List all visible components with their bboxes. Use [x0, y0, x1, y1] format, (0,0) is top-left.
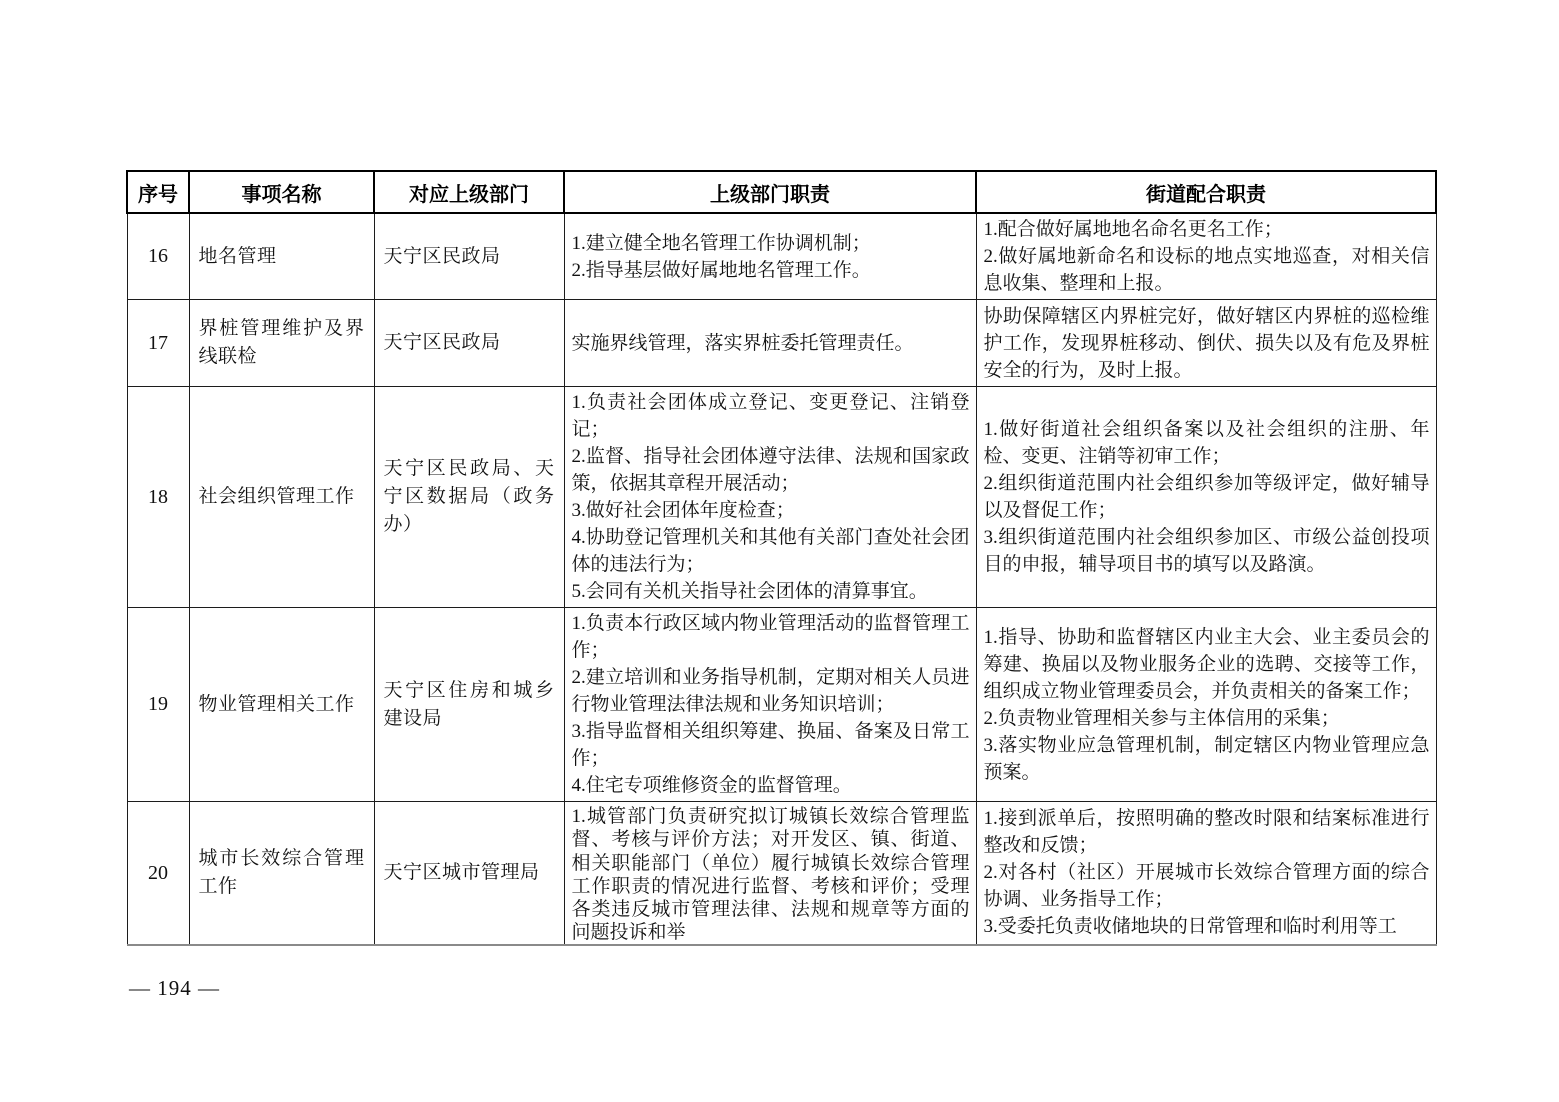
cell-street-duties: 协助保障辖区内界桩完好，做好辖区内界桩的巡检维护工作，发现界桩移动、倒伏、损失以… — [976, 300, 1436, 387]
cell-superior-duties: 1.城管部门负责研究拟订城镇长效综合管理监督、考核与评价方法；对开发区、镇、街道… — [564, 802, 976, 946]
header-serial: 序号 — [127, 171, 189, 213]
table-header-row: 序号 事项名称 对应上级部门 上级部门职责 街道配合职责 — [127, 171, 1436, 213]
cell-serial: 19 — [127, 608, 189, 802]
cell-street-duties: 1.做好街道社会组织备案以及社会组织的注册、年检、变更、注销等初审工作； 2.组… — [976, 387, 1436, 608]
cell-item-name: 地名管理 — [189, 213, 374, 300]
cell-superior-dept: 天宁区民政局 — [374, 213, 564, 300]
cell-street-duties: 1.配合做好属地地名命名更名工作； 2.做好属地新命名和设标的地点实地巡查，对相… — [976, 213, 1436, 300]
table-row-19: 19 物业管理相关工作 天宁区住房和城乡建设局 1.负责本行政区域内物业管理活动… — [127, 608, 1436, 802]
header-superior-dept: 对应上级部门 — [374, 171, 564, 213]
cell-street-duties: 1.接到派单后，按照明确的整改时限和结案标准进行整改和反馈； 2.对各村（社区）… — [976, 802, 1436, 946]
page-number: — 194 — — [129, 976, 220, 1001]
cell-serial: 17 — [127, 300, 189, 387]
cell-superior-duties: 实施界线管理，落实界桩委托管理责任。 — [564, 300, 976, 387]
cell-superior-dept: 天宁区民政局、天宁区数据局（政务办） — [374, 387, 564, 608]
cell-item-name: 物业管理相关工作 — [189, 608, 374, 802]
cell-serial: 16 — [127, 213, 189, 300]
cell-superior-duties: 1.负责本行政区域内物业管理活动的监督管理工作； 2.建立培训和业务指导机制，定… — [564, 608, 976, 802]
cell-superior-duties: 1.建立健全地名管理工作协调机制； 2.指导基层做好属地地名管理工作。 — [564, 213, 976, 300]
header-superior-duties: 上级部门职责 — [564, 171, 976, 213]
cell-superior-duties: 1.负责社会团体成立登记、变更登记、注销登记； 2.监督、指导社会团体遵守法律、… — [564, 387, 976, 608]
duties-table: 序号 事项名称 对应上级部门 上级部门职责 街道配合职责 16 地名管理 天宁区… — [126, 170, 1437, 946]
cell-superior-dept: 天宁区住房和城乡建设局 — [374, 608, 564, 802]
cell-superior-dept: 天宁区城市管理局 — [374, 802, 564, 946]
table-row-17: 17 界桩管理维护及界线联检 天宁区民政局 实施界线管理，落实界桩委托管理责任。… — [127, 300, 1436, 387]
cell-superior-dept: 天宁区民政局 — [374, 300, 564, 387]
clipped-text: 1.接到派单后，按照明确的整改时限和结案标准进行整改和反馈； 2.对各村（社区）… — [984, 805, 1430, 942]
header-street-duties: 街道配合职责 — [976, 171, 1436, 213]
cell-item-name: 界桩管理维护及界线联检 — [189, 300, 374, 387]
document-page: 序号 事项名称 对应上级部门 上级部门职责 街道配合职责 16 地名管理 天宁区… — [0, 0, 1559, 1102]
cell-serial: 18 — [127, 387, 189, 608]
header-item-name: 事项名称 — [189, 171, 374, 213]
table-row-20: 20 城市长效综合管理工作 天宁区城市管理局 1.城管部门负责研究拟订城镇长效综… — [127, 802, 1436, 946]
cell-street-duties: 1.指导、协助和监督辖区内业主大会、业主委员会的筹建、换届以及物业服务企业的选聘… — [976, 608, 1436, 802]
cell-item-name: 社会组织管理工作 — [189, 387, 374, 608]
cell-item-name: 城市长效综合管理工作 — [189, 802, 374, 946]
cell-serial: 20 — [127, 802, 189, 946]
clipped-text: 1.城管部门负责研究拟订城镇长效综合管理监督、考核与评价方法；对开发区、镇、街道… — [572, 805, 970, 942]
table-row-18: 18 社会组织管理工作 天宁区民政局、天宁区数据局（政务办） 1.负责社会团体成… — [127, 387, 1436, 608]
table-row-16: 16 地名管理 天宁区民政局 1.建立健全地名管理工作协调机制； 2.指导基层做… — [127, 213, 1436, 300]
